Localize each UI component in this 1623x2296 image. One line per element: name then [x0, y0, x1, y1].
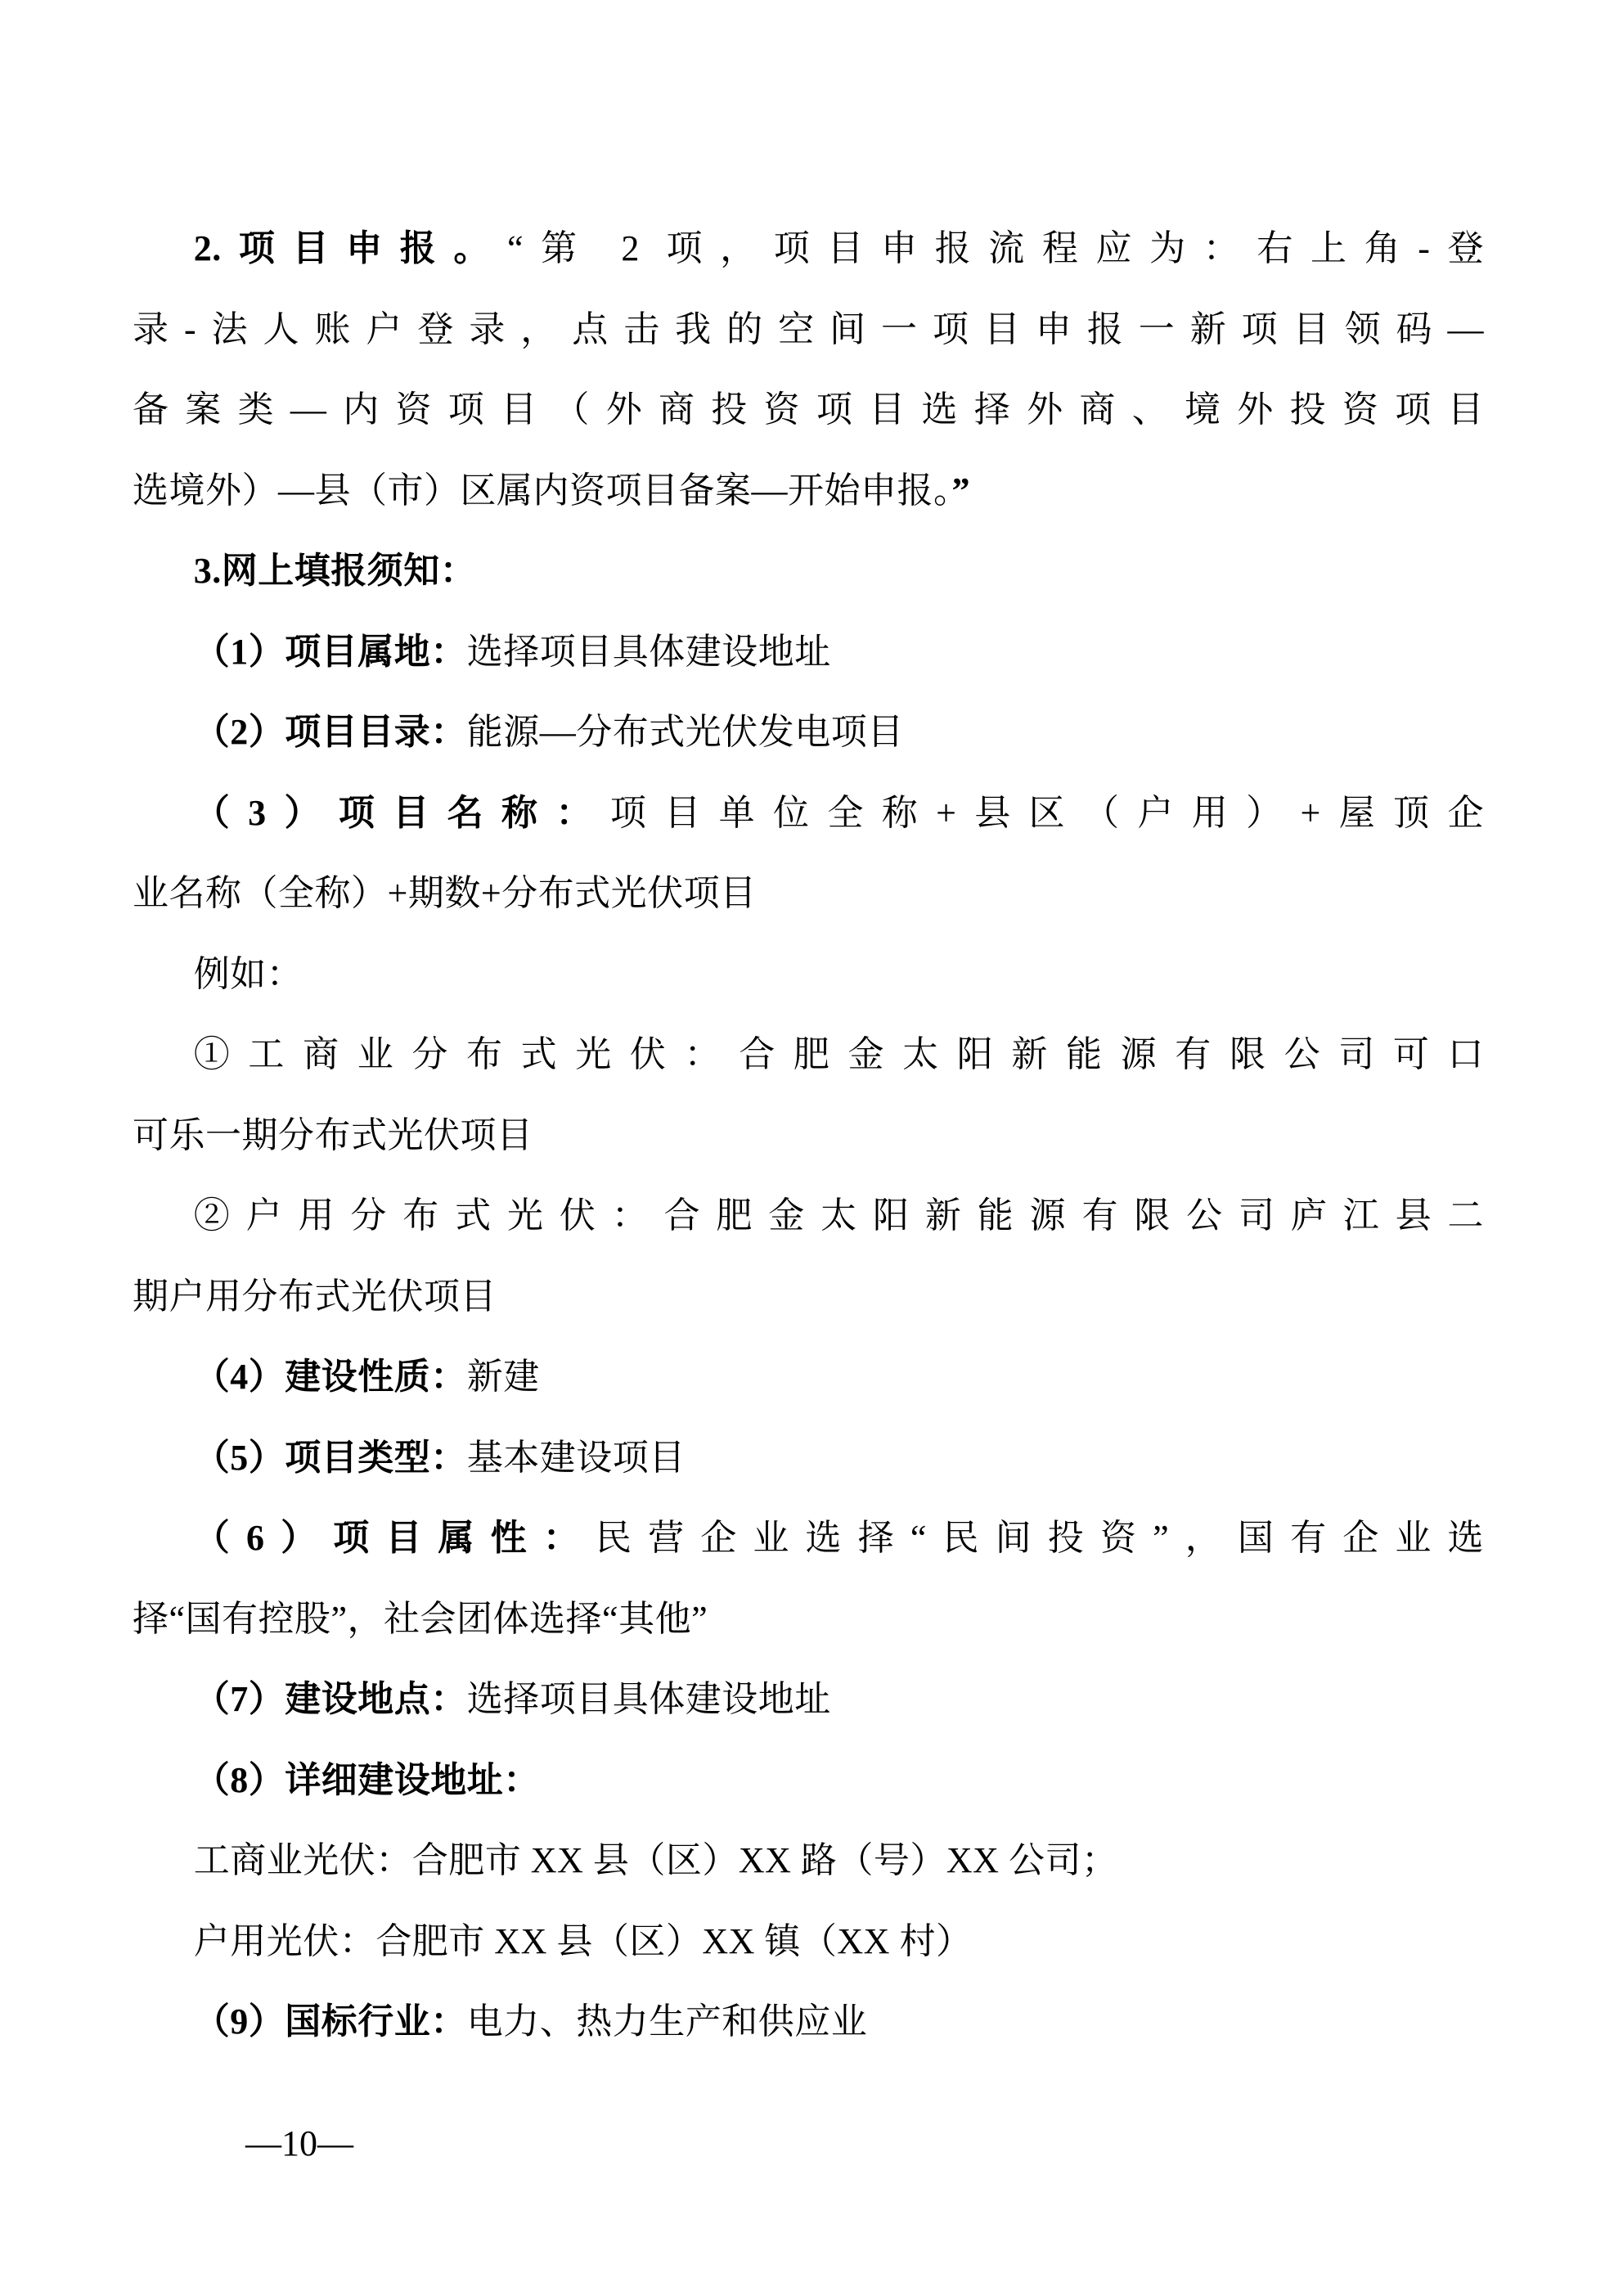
text-line: 录-法人账户登录，点击我的空间一项目申报一新项目领码— — [133, 290, 1484, 371]
text-run: （2）项目目录： — [194, 712, 467, 752]
text-run: 择“国有控股”，社会团体选择“其他” — [133, 1599, 708, 1639]
document-page: 2.项目申报。“第 2 项，项目申报流程应为：右上角-登录-法人账户登录，点击我… — [0, 0, 1623, 2296]
text-line: （2）项目目录：能源—分布式光伏发电项目 — [133, 692, 1484, 773]
text-line: 备案类—内资项目（外商投资项目选择外商、境外投资项目 — [133, 370, 1484, 451]
text-run: 例如： — [194, 954, 303, 994]
text-run: 能源—分布式光伏发电项目 — [467, 712, 904, 752]
text-line: 户用光伏：合肥市 XX 县（区）XX 镇（XX 村） — [133, 1902, 1484, 1983]
text-line: （3）项目名称：项目单位全称+县区（户用）+屋顶企 — [133, 773, 1484, 854]
text-line: （6）项目属性：民营企业选择“民间投资”，国有企业选 — [133, 1498, 1484, 1579]
text-line: 择“国有控股”，社会团体选择“其他” — [133, 1579, 1484, 1660]
page-number: —10— — [245, 2118, 353, 2170]
text-run: （9）国标行业： — [194, 2001, 467, 2042]
text-run: ②户用分布式光伏：合肥金太阳新能源有限公司庐江县二 — [194, 1195, 1484, 1236]
text-run: 业名称（全称）+期数+分布式光伏项目 — [133, 873, 757, 913]
text-run: ” — [952, 470, 971, 511]
text-run: 期户用分布式光伏项目 — [133, 1276, 497, 1317]
text-run: 项目单位全称+县区（户用）+屋顶企 — [610, 793, 1484, 833]
text-line: 工商业光伏：合肥市 XX 县（区）XX 路（号）XX 公司； — [133, 1821, 1484, 1902]
text-run: （8）详细建设地址： — [194, 1760, 540, 1800]
text-run: 3.网上填报须知： — [194, 551, 477, 591]
text-run: 录-法人账户登录，点击我的空间一项目申报一新项目领码— — [133, 309, 1484, 349]
text-run: 基本建设项目 — [467, 1438, 686, 1478]
text-run: （5）项目类型： — [194, 1438, 467, 1478]
text-run: （6）项目属性： — [194, 1518, 596, 1558]
text-run: 2.项目申报。 — [194, 228, 507, 268]
text-run: 备案类—内资项目（外商投资项目选择外商、境外投资项目 — [133, 389, 1484, 430]
text-line: 可乐一期分布式光伏项目 — [133, 1096, 1484, 1177]
text-line: 选境外）—县（市）区属内资项目备案—开始申报。” — [133, 451, 1484, 532]
text-line: （8）详细建设地址： — [133, 1740, 1484, 1821]
text-run: “第 2 项，项目申报流程应为：右上角-登 — [507, 228, 1484, 268]
text-line: ②户用分布式光伏：合肥金太阳新能源有限公司庐江县二 — [133, 1176, 1484, 1257]
text-line: ①工商业分布式光伏：合肥金太阳新能源有限公司可口 — [133, 1015, 1484, 1096]
text-run: 选择项目具体建设地址 — [467, 1679, 831, 1719]
text-line: 业名称（全称）+期数+分布式光伏项目 — [133, 853, 1484, 934]
text-line: 3.网上填报须知： — [133, 531, 1484, 612]
text-run: （1）项目属地： — [194, 632, 467, 672]
text-run: ①工商业分布式光伏：合肥金太阳新能源有限公司可口 — [194, 1034, 1484, 1074]
text-run: 新建 — [467, 1357, 540, 1397]
text-run: 选择项目具体建设地址 — [467, 632, 831, 672]
text-run: 选境外）—县（市）区属内资项目备案—开始申报。 — [133, 470, 952, 511]
text-run: 可乐一期分布式光伏项目 — [133, 1115, 533, 1155]
text-run: （3）项目名称： — [194, 793, 610, 833]
text-line: （7）建设地点：选择项目具体建设地址 — [133, 1659, 1484, 1740]
text-run: 户用光伏：合肥市 XX 县（区）XX 镇（XX 村） — [194, 1921, 973, 1961]
text-line: 例如： — [133, 934, 1484, 1015]
text-run: 电力、热力生产和供应业 — [467, 2001, 868, 2042]
text-run: 民营企业选择“民间投资”，国有企业选 — [596, 1518, 1484, 1558]
document-body: 2.项目申报。“第 2 项，项目申报流程应为：右上角-登录-法人账户登录，点击我… — [133, 209, 1484, 2063]
text-run: （4）建设性质： — [194, 1357, 467, 1397]
text-line: （1）项目属地：选择项目具体建设地址 — [133, 612, 1484, 693]
text-line: （5）项目类型：基本建设项目 — [133, 1418, 1484, 1499]
text-line: （4）建设性质：新建 — [133, 1337, 1484, 1418]
text-run: （7）建设地点： — [194, 1679, 467, 1719]
text-line: （9）国标行业：电力、热力生产和供应业 — [133, 1982, 1484, 2063]
text-run: 工商业光伏：合肥市 XX 县（区）XX 路（号）XX 公司； — [194, 1840, 1118, 1880]
text-line: 期户用分布式光伏项目 — [133, 1257, 1484, 1338]
text-line: 2.项目申报。“第 2 项，项目申报流程应为：右上角-登 — [133, 209, 1484, 290]
